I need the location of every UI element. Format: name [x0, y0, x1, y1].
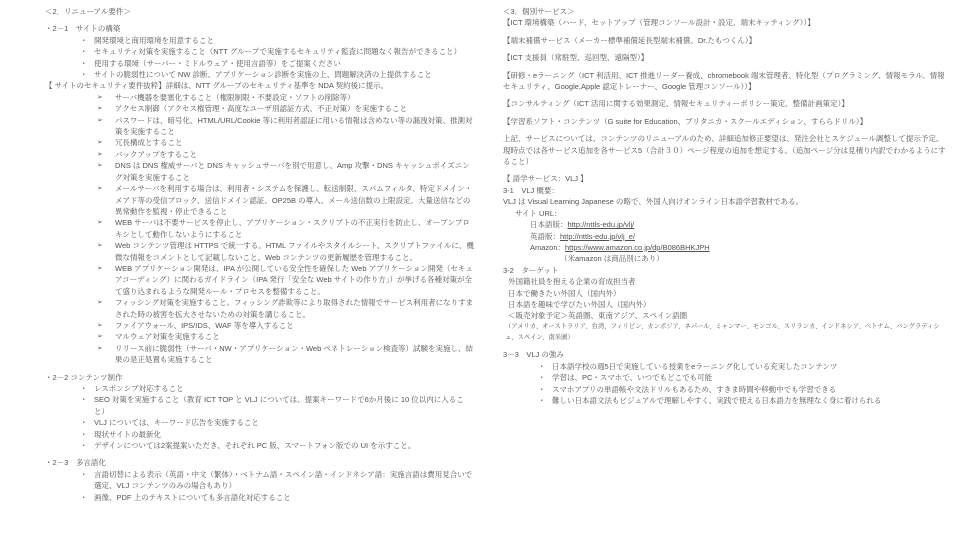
section-heading: 【 サイトのセキュリティ要件抜粋】詳細は、NTT グループのセキュリティ基準を …	[42, 80, 474, 91]
service-bracket-line: 【研修・eラーニング（ICT 利活用、ICT 推進リーダー養成、chromebo…	[500, 70, 950, 93]
link-label: 英語版：	[530, 232, 560, 241]
text-line: ＜販売対象予定＞英語圏、東南アジア、スペイン語圏	[500, 310, 950, 321]
bullet-text: 開発環境と商用環境を用意すること	[94, 35, 474, 46]
arrow-bullet-item: ➢パスワードは、暗号化、HTML/URL/Cookie 等に利用者認証に用いる情…	[42, 115, 474, 138]
bullet-text: レスポンシブ対応すること	[94, 383, 474, 394]
bullet-item: ・セキュリティ対策を実施すること（NTT グループで実施するセキュリティ監査に問…	[42, 46, 474, 57]
bullet-text: サイトの脆弱性について NW 診断、アプリケーション診断を実施の上、問題解決済の…	[94, 69, 474, 80]
bullet-icon: ・	[80, 58, 94, 69]
arrow-bullet-item: ➢ファイアウォール、IPS/IDS、WAF 等を導入すること	[42, 320, 474, 331]
bullet-item: ・学習は、PC・スマホで、いつでもどこでも可能	[500, 372, 950, 383]
bullet-icon: ・	[80, 429, 94, 440]
arrow-icon: ➢	[97, 160, 115, 183]
text-line: 日本語を趣味で学びたい外国人（国内外）	[500, 299, 950, 310]
section-heading: ＜2．リニューアル要件＞	[42, 6, 474, 17]
bullet-item: ・言語切替による表示（英語・中文（繁体）・ベトナム語・スペイン語・インドネシア語…	[42, 469, 474, 492]
arrow-bullet-item: ➢フィッシング対策を実施すること。フィッシング詐欺等により取得された情報でサービ…	[42, 297, 474, 320]
service-bracket-line: 【コンサルティング（ICT 活用に関する効果測定、情報セキュリティーポリシー策定…	[500, 98, 950, 109]
bullet-icon: ・	[538, 372, 552, 383]
bullet-text: フィッシング対策を実施すること。フィッシング詐欺等により取得された情報でサービス…	[115, 297, 474, 320]
arrow-icon: ➢	[97, 331, 115, 342]
arrow-bullet-item: ➢バックアップをすること	[42, 149, 474, 160]
bullet-item: ・SEO 対策を実施すること（教育 ICT TOP と VLJ については、提案…	[42, 394, 474, 417]
bullet-text: アクセス制御（アクセス権管理・高度なユーザ別認証方式、不正対策）を実施すること	[115, 103, 474, 114]
arrow-icon: ➢	[97, 149, 115, 160]
section-heading: ・2－3 多言語化	[42, 457, 474, 468]
note-text: （アメリカ、オーストラリア、台湾、フィリピン、カンボジア、ネパール、ミャンマー、…	[500, 322, 950, 344]
bullet-icon: ・	[80, 383, 94, 394]
link-label: Amazon：	[530, 243, 565, 252]
bullet-icon: ・	[538, 384, 552, 395]
url-link[interactable]: https://www.amazon.co.jp/dp/B086BHKJPH	[565, 243, 710, 252]
arrow-icon: ➢	[97, 217, 115, 240]
bullet-item: ・開発環境と商用環境を用意すること	[42, 35, 474, 46]
arrow-icon: ➢	[97, 103, 115, 114]
section-heading: 【 語学サービス：VLJ 】	[500, 173, 950, 184]
bullet-icon: ・	[80, 417, 94, 428]
arrow-bullet-item: ➢アクセス制御（アクセス権管理・高度なユーザ別認証方式、不正対策）を実施すること	[42, 103, 474, 114]
bullet-text: 使用する環境（サーバー・ミドルウェア・使用言語等）をご提案ください	[94, 58, 474, 69]
page-right: ＜3．個別サービス＞【ICT 環境構築（ハード、セットアップ（管理コンソール設計…	[500, 6, 950, 406]
bullet-text: WEB サーバは不要サービスを停止し、アプリケーション・スクリプトの不正実行を防…	[115, 217, 474, 240]
document-canvas: { "colors": { "text": "#525252", "backgr…	[0, 0, 960, 540]
arrow-icon: ➢	[97, 137, 115, 148]
arrow-icon: ➢	[97, 297, 115, 320]
arrow-bullet-item: ➢DNS は DNS 権威サーバと DNS キャッシュサーバを別で用意し、Amp…	[42, 160, 474, 183]
section-heading: ・2－1 サイトの構築	[42, 23, 474, 34]
arrow-icon: ➢	[97, 183, 115, 217]
arrow-bullet-item: ➢リリース前に脆弱性（サーバ・NW・アプリケーション・Web ペネトレーション検…	[42, 343, 474, 366]
bullet-icon: ・	[80, 440, 94, 451]
section-heading: ・2－2 コンテンツ制作	[42, 372, 474, 383]
bullet-text: サーバ機器を要塞化すること（権限制限・不要設定・ソフトの削除等）	[115, 92, 474, 103]
link-line: 英語版：http://nttls-edu.jp/vlj_e/	[500, 231, 950, 242]
bullet-text: 冗長構成とすること	[115, 137, 474, 148]
arrow-icon: ➢	[97, 115, 115, 138]
bullet-text: DNS は DNS 権威サーバと DNS キャッシュサーバを別で用意し、Amp …	[115, 160, 474, 183]
bullet-text: VLJ については、キーワード広告を実施すること	[94, 417, 474, 428]
bullet-icon: ・	[80, 394, 94, 417]
link-line: Amazon：https://www.amazon.co.jp/dp/B086B…	[500, 242, 950, 253]
text-line: 外国籍社員を抱える企業の育成担当者	[500, 276, 950, 287]
arrow-icon: ➢	[97, 263, 115, 297]
bullet-text: 現状サイトの最新化	[94, 429, 474, 440]
bullet-text: WEB アプリケーション開発は、IPA が公開している安全性を確保した Web …	[115, 263, 474, 297]
bullet-text: デザインについては2案提案いただき、それぞれ PC 版、スマートフォン版での U…	[94, 440, 474, 451]
paragraph: 上記、サービスについては、コンテンツのリニューアルのため、詳細追加修正要望は、発…	[500, 133, 950, 167]
arrow-bullet-item: ➢WEB アプリケーション開発は、IPA が公開している安全性を確保した Web…	[42, 263, 474, 297]
paragraph: 3-2 ターゲット	[500, 265, 950, 276]
service-bracket-line: 【学習系ソフト・コンテンツ（G suite for Education、ブリタニ…	[500, 116, 950, 127]
bullet-icon: ・	[80, 46, 94, 57]
bullet-text: Web コンテンツ管理は HTTPS で統一する。HTML ファイルやスタイルシ…	[115, 240, 474, 263]
bullet-item: ・使用する環境（サーバー・ミドルウェア・使用言語等）をご提案ください	[42, 58, 474, 69]
bullet-icon: ・	[538, 395, 552, 406]
arrow-bullet-item: ➢冗長構成とすること	[42, 137, 474, 148]
bullet-item: ・画像、PDF 上のテキストについても多言語化対応すること	[42, 492, 474, 503]
service-bracket-line: 【ICT 支援員（常駐型、巡回型、遠隔型）】	[500, 52, 950, 63]
bullet-item: ・スマホアプリの単語帳や文法ドリルもあるため、すきま時間や移動中でも学習できる	[500, 384, 950, 395]
arrow-bullet-item: ➢メールサーバを利用する場合は、利用者・システムを保護し、転送制限、スパムフィル…	[42, 183, 474, 217]
bullet-text: リリース前に脆弱性（サーバ・NW・アプリケーション・Web ペネトレーション検査…	[115, 343, 474, 366]
url-link[interactable]: http://nttls-edu.jp/vlj_e/	[560, 232, 635, 241]
note-text: （米amazon は商品別にあり）	[500, 253, 950, 264]
link-label: 日本語版：	[530, 220, 568, 229]
bullet-text: 日本語学校の週5日で実施している授業をeラーニング化している充実したコンテンツ	[552, 361, 950, 372]
bullet-item: ・現状サイトの最新化	[42, 429, 474, 440]
bullet-text: スマホアプリの単語帳や文法ドリルもあるため、すきま時間や移動中でも学習できる	[552, 384, 950, 395]
bullet-icon: ・	[80, 469, 94, 492]
service-bracket-line: 【ICT 環境構築（ハード、セットアップ（管理コンソール設計・設定、端末キッティ…	[500, 17, 950, 28]
paragraph: 3-1 VLJ 概要：	[500, 185, 950, 196]
bullet-icon: ・	[80, 35, 94, 46]
bullet-text: SEO 対策を実施すること（教育 ICT TOP と VLJ については、提案キ…	[94, 394, 474, 417]
bullet-item: ・レスポンシブ対応すること	[42, 383, 474, 394]
arrow-bullet-item: ➢Web コンテンツ管理は HTTPS で統一する。HTML ファイルやスタイル…	[42, 240, 474, 263]
bullet-text: 画像、PDF 上のテキストについても多言語化対応すること	[94, 492, 474, 503]
bullet-text: セキュリティ対策を実施すること（NTT グループで実施するセキュリティ監査に問題…	[94, 46, 474, 57]
bullet-text: 難しい日本語文法もビジュアルで理解しやすく、実践で使える日本語力を無理なく身に着…	[552, 395, 950, 406]
bullet-text: メールサーバを利用する場合は、利用者・システムを保護し、転送制限、スパムフィルタ…	[115, 183, 474, 217]
paragraph: VLJ は Visual Learning Japanese の略で、外国人向け…	[500, 196, 950, 207]
arrow-icon: ➢	[97, 343, 115, 366]
arrow-icon: ➢	[97, 320, 115, 331]
bullet-text: マルウェア対策を実施すること	[115, 331, 474, 342]
text-line: 日本で働きたい外国人（国内外）	[500, 288, 950, 299]
bullet-text: バックアップをすること	[115, 149, 474, 160]
bullet-icon: ・	[80, 492, 94, 503]
bullet-text: ファイアウォール、IPS/IDS、WAF 等を導入すること	[115, 320, 474, 331]
arrow-icon: ➢	[97, 240, 115, 263]
page-left: ＜2．リニューアル要件＞・2－1 サイトの構築・開発環境と商用環境を用意すること…	[42, 6, 474, 503]
text-line: サイト URL：	[500, 208, 950, 219]
bullet-item: ・難しい日本語文法もビジュアルで理解しやすく、実践で使える日本語力を無理なく身に…	[500, 395, 950, 406]
bullet-item: ・日本語学校の週5日で実施している授業をeラーニング化している充実したコンテンツ	[500, 361, 950, 372]
arrow-bullet-item: ➢WEB サーバは不要サービスを停止し、アプリケーション・スクリプトの不正実行を…	[42, 217, 474, 240]
bullet-item: ・デザインについては2案提案いただき、それぞれ PC 版、スマートフォン版での …	[42, 440, 474, 451]
service-bracket-line: 【端末補償サービス（メーカー標準補償延長型端末補償、Dr.たもつくん）】	[500, 35, 950, 46]
url-link[interactable]: http://nttls-edu.jp/vlj/	[568, 220, 635, 229]
bullet-icon: ・	[80, 69, 94, 80]
arrow-icon: ➢	[97, 92, 115, 103]
bullet-item: ・サイトの脆弱性について NW 診断、アプリケーション診断を実施の上、問題解決済…	[42, 69, 474, 80]
section-heading: ＜3．個別サービス＞	[500, 6, 950, 17]
bullet-text: 学習は、PC・スマホで、いつでもどこでも可能	[552, 372, 950, 383]
link-line: 日本語版：http://nttls-edu.jp/vlj/	[500, 219, 950, 230]
bullet-icon: ・	[538, 361, 552, 372]
bullet-text: 言語切替による表示（英語・中文（繁体）・ベトナム語・スペイン語・インドネシア語：…	[94, 469, 474, 492]
arrow-bullet-item: ➢マルウェア対策を実施すること	[42, 331, 474, 342]
bullet-item: ・VLJ については、キーワード広告を実施すること	[42, 417, 474, 428]
arrow-bullet-item: ➢サーバ機器を要塞化すること（権限制限・不要設定・ソフトの削除等）	[42, 92, 474, 103]
bullet-text: パスワードは、暗号化、HTML/URL/Cookie 等に利用者認証に用いる情報…	[115, 115, 474, 138]
paragraph: 3－3 VLJ の強み	[500, 349, 950, 360]
